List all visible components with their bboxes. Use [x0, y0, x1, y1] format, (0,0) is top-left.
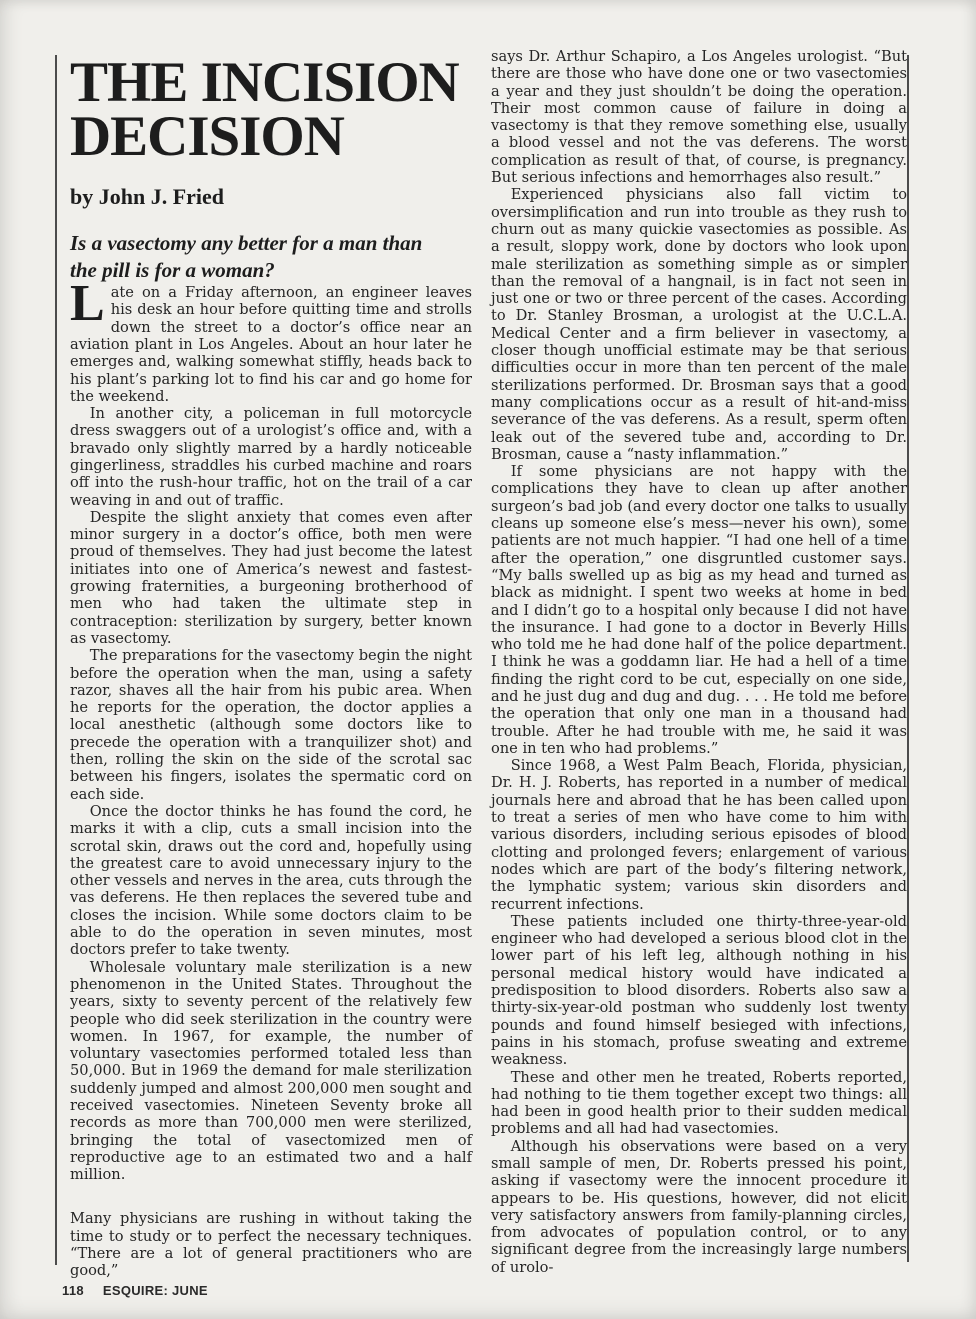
right-vertical-rule: [907, 55, 909, 1262]
paragraph: Experienced physicians also fall victim …: [491, 186, 907, 463]
paragraph: These and other men he treated, Roberts …: [491, 1069, 907, 1138]
paragraph-text: ate on a Friday afternoon, an engineer l…: [70, 284, 472, 405]
paragraph-dropcap: Late on a Friday afternoon, an engineer …: [70, 284, 472, 405]
paragraph: Once the doctor thinks he has found the …: [70, 803, 472, 959]
right-column: says Dr. Arthur Schapiro, a Los Angeles …: [491, 48, 907, 1276]
paragraph: In another city, a policeman in full mot…: [70, 405, 472, 509]
page-number: 118: [62, 1283, 84, 1298]
paragraph: Since 1968, a West Palm Beach, Florida, …: [491, 757, 907, 913]
issue-label: ESQUIRE: JUNE: [103, 1283, 208, 1298]
paragraph: Despite the slight anxiety that comes ev…: [70, 509, 472, 647]
paragraph: The preparations for the vasectomy begin…: [70, 647, 472, 803]
paragraph: If some physicians are not happy with th…: [491, 463, 907, 757]
paragraph: These patients included one thirty-three…: [491, 913, 907, 1069]
article-title: THE INCISION DECISION: [70, 56, 472, 164]
paragraph: Although his observations were based on …: [491, 1138, 907, 1276]
paragraph: Wholesale voluntary male sterilization i…: [70, 959, 472, 1184]
page-footer: 118ESQUIRE: JUNE: [62, 1283, 208, 1298]
byline: by John J. Fried: [70, 184, 472, 210]
magazine-page: THE INCISION DECISION by John J. Fried I…: [0, 0, 976, 1319]
left-column: THE INCISION DECISION by John J. Fried I…: [70, 50, 472, 1280]
standfirst: Is a vasectomy any better for a man than…: [70, 230, 448, 284]
paragraph: says Dr. Arthur Schapiro, a Los Angeles …: [491, 48, 907, 186]
paragraph: Many physicians are rushing in without t…: [70, 1210, 472, 1279]
article-title-line2: DECISION: [70, 105, 344, 168]
dropcap-letter: L: [70, 284, 111, 322]
left-vertical-rule: [55, 55, 57, 1265]
